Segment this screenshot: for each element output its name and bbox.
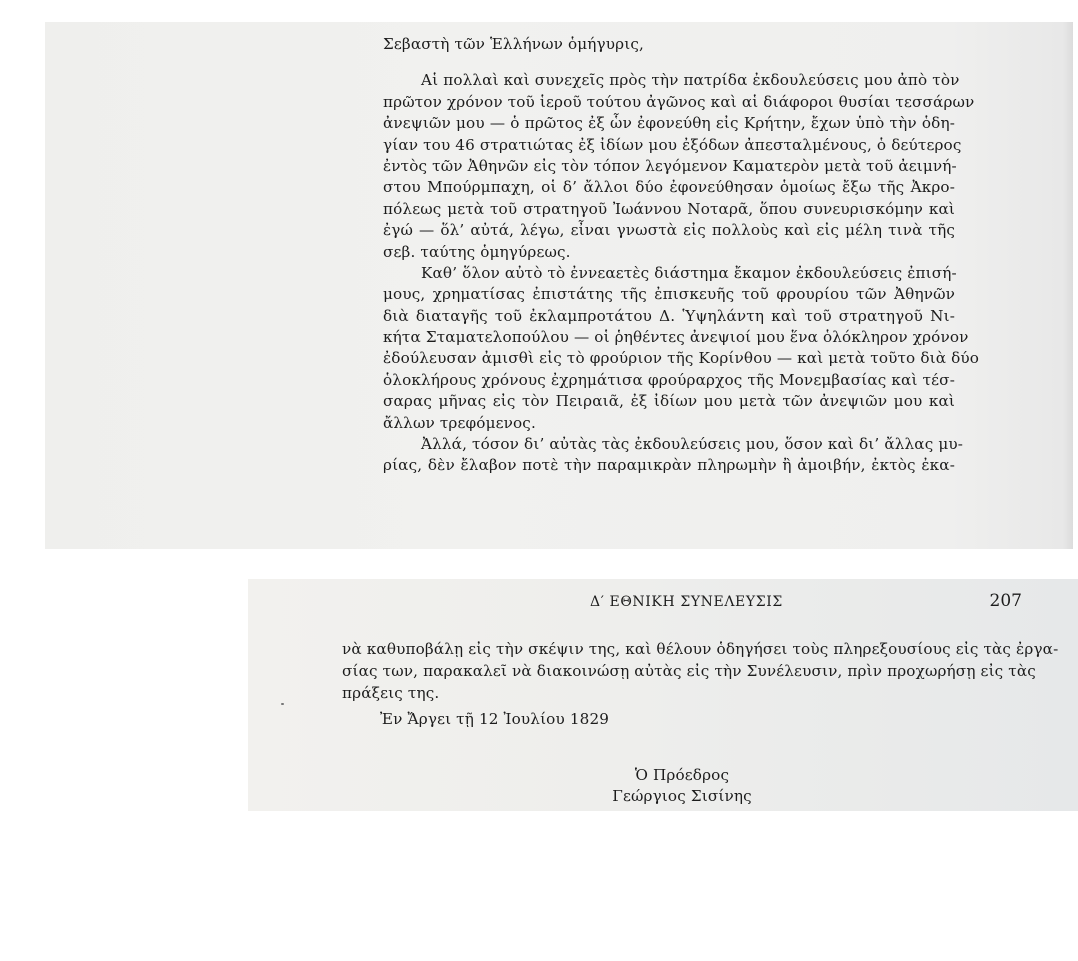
text-line: κήτα Σταματελοπούλου — οἱ ῥηθέντες ἀνεψι… [345,327,955,348]
text-line: πρῶτον χρόνον τοῦ ἱεροῦ τούτου ἀγῶνος κα… [345,92,955,113]
text-line: ἐδούλευσαν ἀμισθὶ εἰς τὸ φρούριον τῆς Κο… [345,348,955,369]
signature-title: Ὁ Πρόεδρος [342,765,1022,786]
page-text-column: Σεβαστὴ τῶν Ἑλλήνων ὁμήγυρις, Αἱ πολλαὶ … [345,34,955,477]
text-line: Καθ’ ὅλον αὐτὸ τὸ ἐννεαετὲς διάστημα ἔκα… [345,263,955,284]
running-head: Δ′ ΕΘΝΙΚΗ ΣΥΝΕΛΕΥΣΙΣ [590,594,783,610]
text-line: ἄλλων τρεφόμενος. [345,413,955,434]
salutation: Σεβαστὴ τῶν Ἑλλήνων ὁμήγυρις, [383,34,955,55]
dateline: Ἐν Ἄργει τῇ 12 Ἰουλίου 1829 [342,708,1022,730]
scanned-page-fragment-top: Σεβαστὴ τῶν Ἑλλήνων ὁμήγυρις, Αἱ πολλαὶ … [45,22,1073,549]
text-line: σεβ. ταύτης ὁμηγύρεως. [345,242,955,263]
page-text-column: νὰ καθυποβάλῃ εἰς τὴν σκέψιν της, καὶ θέ… [342,638,1022,730]
scan-speck [281,703,284,705]
text-line: διὰ διαταγῆς τοῦ ἐκλαμπροτάτου Δ. Ὑψηλάν… [345,306,955,327]
text-line: ἐντὸς τῶν Ἀθηνῶν εἰς τὸν τόπον λεγόμενον… [345,156,955,177]
paragraph-3: Ἀλλά, τόσον δι’ αὐτὰς τὰς ἐκδουλεύσεις μ… [345,434,955,477]
paragraph-2: Καθ’ ὅλον αὐτὸ τὸ ἐννεαετὲς διάστημα ἔκα… [345,263,955,434]
text-line: ἐγώ — ὅλ’ αὐτά, λέγω, εἶναι γνωστὰ εἰς π… [345,220,955,241]
text-line: ρίας, δὲν ἔλαβον ποτὲ τὴν παραμικρὰν πλη… [345,455,955,476]
page-number: 207 [990,591,1022,611]
text-line: μους, χρηματίσας ἐπιστάτης τῆς ἐπισκευῆς… [345,284,955,305]
paragraph-1: Αἱ πολλαὶ καὶ συνεχεῖς πρὸς τὴν πατρίδα … [345,70,955,263]
signature-name: Γεώργιος Σισίνης [342,786,1022,807]
text-line: Ἀλλά, τόσον δι’ αὐτὰς τὰς ἐκδουλεύσεις μ… [345,434,955,455]
text-line: ἀνεψιῶν μου — ὁ πρῶτος ἐξ ὧν ἐφονεύθη εἰ… [345,113,955,134]
text-line: πράξεις της. [342,682,1022,704]
text-line: γίαν του 46 στρατιώτας ἐξ ἰδίων μου ἐξόδ… [345,135,955,156]
text-line: ὁλοκλήρους χρόνους ἐχρημάτισα φρούραρχος… [345,370,955,391]
scanned-page-fragment-bottom: Δ′ ΕΘΝΙΚΗ ΣΥΝΕΛΕΥΣΙΣ 207 νὰ καθυποβάλῃ ε… [248,579,1078,811]
text-line: σαρας μῆνας εἰς τὸν Πειραιᾶ, ἐξ ἰδίων μο… [345,391,955,412]
text-line: στου Μπούρμπαχη, οἱ δ’ ἄλλοι δύο ἐφονεύθ… [345,177,955,198]
text-line: Αἱ πολλαὶ καὶ συνεχεῖς πρὸς τὴν πατρίδα … [345,70,955,91]
text-line: πόλεως μετὰ τοῦ στρατηγοῦ Ἰωάννου Νοταρᾶ… [345,199,955,220]
text-line: νὰ καθυποβάλῃ εἰς τὴν σκέψιν της, καὶ θέ… [342,638,1022,660]
text-line: σίας των, παρακαλεῖ νὰ διακοινώσῃ αὐτὰς … [342,660,1022,682]
